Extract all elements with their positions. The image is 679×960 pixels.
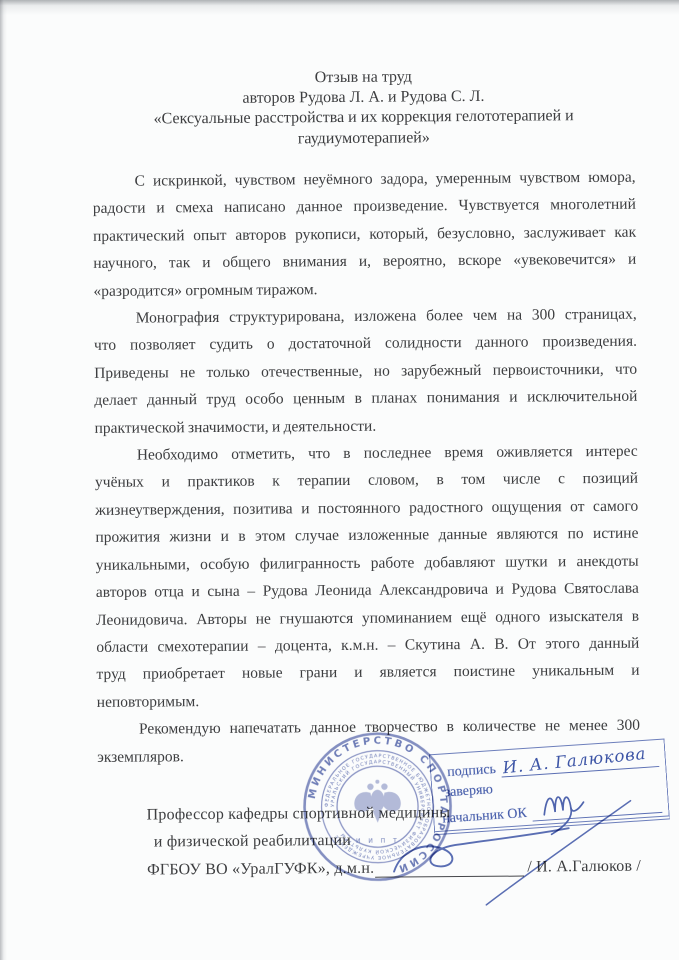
title-line: гаудиумотерапией» <box>92 126 635 150</box>
body-line: Монография структурирована, изложена бол… <box>94 301 637 333</box>
body-line: практический опыт авторов рукописи, кото… <box>93 218 636 250</box>
body-line: учёных и практиков к терапии словом, в т… <box>95 465 638 497</box>
scanned-document-page: Отзыв на труд авторов Рудова Л. А. и Руд… <box>0 0 679 960</box>
body-line: прожития жизни и в этом случае изложенны… <box>95 520 638 552</box>
body-line: неповторимым. <box>97 684 640 716</box>
scan-tilt-wrapper: Отзыв на труд авторов Рудова Л. А. и Руд… <box>0 0 679 960</box>
body-line: делает данный труд особо ценным в планах… <box>94 383 637 415</box>
body-line: Необходимо отметить, что в последнее вре… <box>95 438 638 470</box>
signature-label: подпись <box>447 762 497 781</box>
ok-chief-signature-squiggle <box>538 781 601 839</box>
role-label: начальник ОК <box>442 806 528 828</box>
certify-label: заверяю <box>444 782 493 800</box>
body-line: что позволяет судить о достаточной солид… <box>94 328 637 360</box>
body-line: уникальными, особую филигранность работе… <box>96 547 639 579</box>
body-line: радости и смеха написано данное произвед… <box>93 191 636 223</box>
body-line: Леонидовича. Авторы не гнушаются упомина… <box>96 602 639 634</box>
body-line: труд приобретает новые грани и является … <box>96 657 639 689</box>
body-line: жизнеутверждения, позитива и постоянного… <box>95 493 638 525</box>
double-headed-eagle-emblem <box>354 780 401 823</box>
body-line: С искринкой, чувством неуёмного задора, … <box>93 164 636 196</box>
title-line: «Сексуальные расстройства и их коррекция… <box>92 106 635 130</box>
body-line: области смехотерапии – доцента, к.м.н. –… <box>96 630 639 662</box>
body-line: научного, так и общего внимания и, вероя… <box>93 246 636 278</box>
seal-bottom-mark: И И П Т <box>356 838 400 845</box>
body-line: практической значимости, и деятельности. <box>94 410 637 442</box>
certification-stamp-box: подпись И. А. Галюкова заверяю начальник… <box>429 739 670 836</box>
ok-chief-signature-line <box>531 794 662 822</box>
signer-name: / И. А.Галюков / <box>527 852 641 880</box>
document-body: С искринкой, чувством неуёмного задора, … <box>93 164 641 771</box>
body-line: «разродится» огромным тиражом. <box>93 273 636 305</box>
body-line: Приведены не только отечественные, но за… <box>94 356 637 388</box>
body-line: авторов отца и сына – Рудова Леонида Але… <box>96 575 639 607</box>
document-title: Отзыв на труд авторов Рудова Л. А. и Руд… <box>92 66 636 151</box>
